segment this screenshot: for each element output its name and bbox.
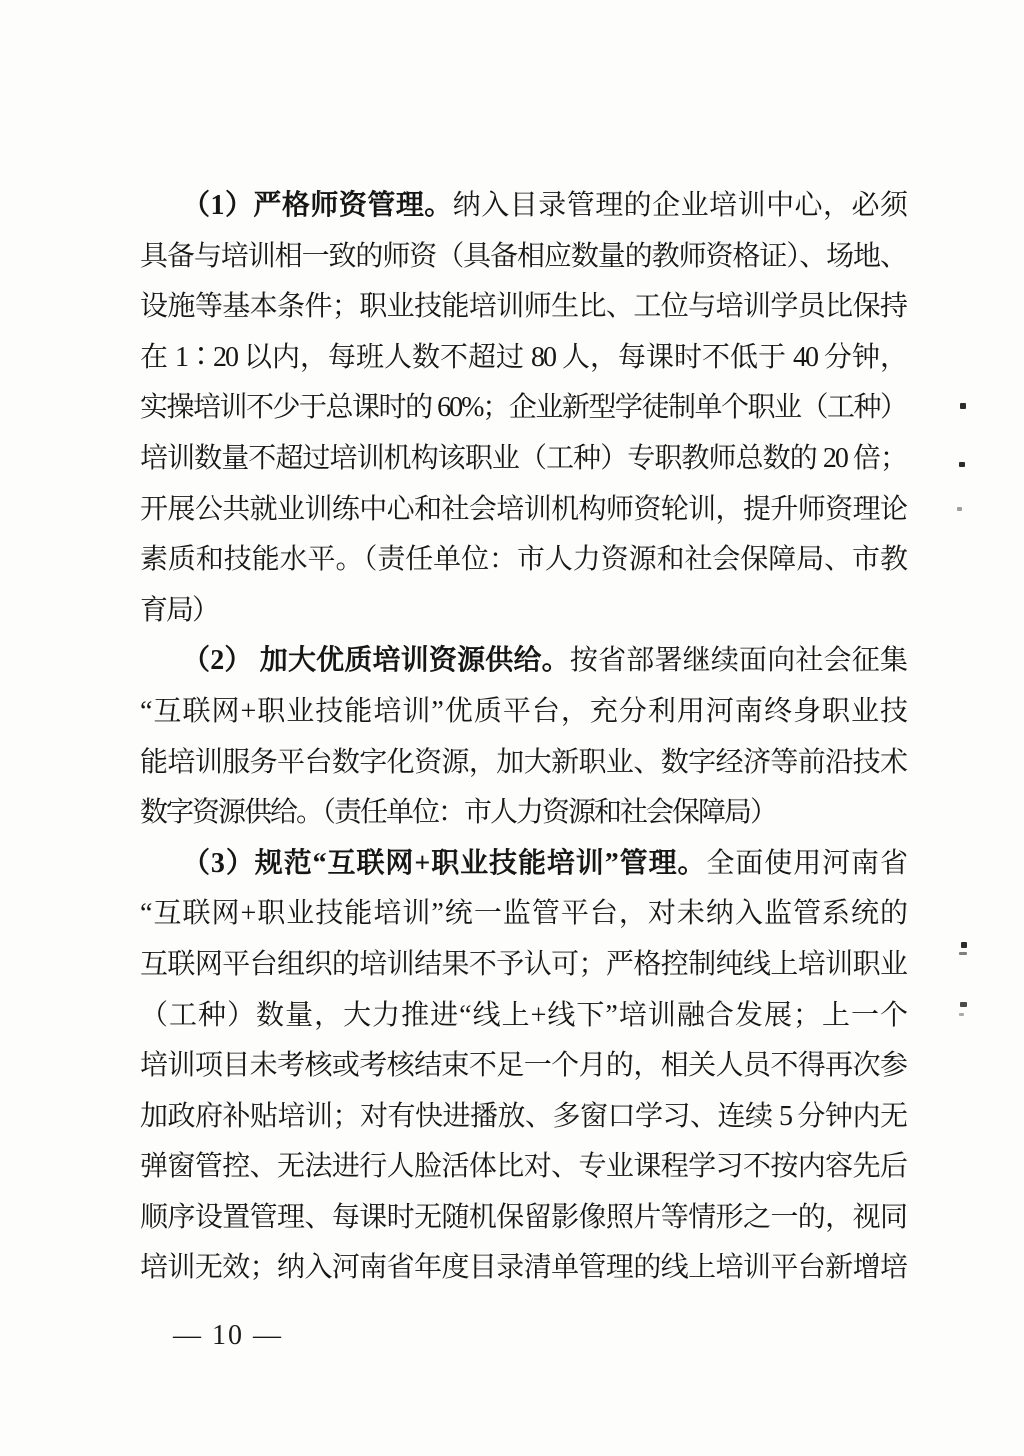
text-line: 具备与培训相一致的师资（具备相应数量的教师资格证）、场地、 (140, 232, 906, 283)
text-line: 实操培训不少于总课时的 60%；企业新型学徒制单个职业（工种） (140, 383, 906, 434)
text-line: 育局） (140, 586, 906, 637)
body-text: 素质和技能水平。（责任单位：市人力资源和社会保障局、市教 (140, 544, 906, 575)
body-text: “互联网+职业技能培训”优质平台，充分利用河南终身职业技 (140, 696, 906, 727)
text-line: “互联网+职业技能培训”统一监管平台，对未纳入监管系统的 (140, 889, 906, 940)
document-body: （1）严格师资管理。纳入目录管理的企业培训中心，必须具备与培训相一致的师资（具备… (140, 181, 906, 1294)
text-line: 加政府补贴培训；对有快进播放、多窗口学习、连续 5 分钟内无 (140, 1092, 906, 1143)
text-line: 培训项目未考核或考核结束不足一个月的，相关人员不得再次参 (140, 1041, 906, 1092)
body-text: 育局） (140, 595, 218, 626)
body-text: 开展公共就业训练中心和社会培训机构师资轮训，提升师资理论 (140, 494, 906, 525)
page-number: — 10 — (173, 1320, 283, 1352)
scan-speck (960, 403, 966, 409)
text-line: （1）严格师资管理。纳入目录管理的企业培训中心，必须 (140, 181, 906, 232)
scanned-document-page: （1）严格师资管理。纳入目录管理的企业培训中心，必须具备与培训相一致的师资（具备… (0, 0, 1024, 1456)
text-line: 素质和技能水平。（责任单位：市人力资源和社会保障局、市教 (140, 535, 906, 586)
scan-speck (959, 952, 967, 955)
scan-speck (960, 1002, 967, 1007)
text-line: 弹窗管控、无法进行人脸活体比对、专业课程学习不按内容先后 (140, 1142, 906, 1193)
heading-text: （1）严格师资管理。 (182, 190, 453, 221)
body-text: 弹窗管控、无法进行人脸活体比对、专业课程学习不按内容先后 (140, 1151, 906, 1182)
text-line: 能培训服务平台数字化资源，加大新职业、数字经济等前沿技术 (140, 738, 906, 789)
text-line: （工种）数量，大力推进“线上+线下”培训融合发展；上一个 (140, 991, 906, 1042)
text-line: 在 1∶20 以内，每班人数不超过 80 人，每课时不低于 40 分钟， (140, 333, 906, 384)
text-line: 设施等基本条件；职业技能培训师生比、工位与培训学员比保持 (140, 282, 906, 333)
heading-text: （3）规范“互联网+职业技能培训”管理。 (182, 848, 706, 879)
scan-speck (961, 942, 967, 948)
text-line: 开展公共就业训练中心和社会培训机构师资轮训，提升师资理论 (140, 485, 906, 536)
scan-speck (957, 507, 962, 511)
body-text: 在 1∶20 以内，每班人数不超过 80 人，每课时不低于 40 分钟， (140, 342, 906, 373)
scan-speck (959, 1013, 964, 1016)
text-line: “互联网+职业技能培训”优质平台，充分利用河南终身职业技 (140, 687, 906, 738)
body-text: （工种）数量，大力推进“线上+线下”培训融合发展；上一个 (140, 1000, 906, 1031)
scan-speck (959, 462, 965, 467)
text-line: 培训无效；纳入河南省年度目录清单管理的线上培训平台新增培 (140, 1243, 906, 1294)
body-text: 纳入目录管理的企业培训中心，必须 (453, 190, 906, 221)
body-text: 顺序设置管理、每课时无随机保留影像照片等情形之一的，视同 (140, 1202, 906, 1233)
body-text: 按省部署继续面向社会征集 (570, 645, 906, 676)
text-line: 顺序设置管理、每课时无随机保留影像照片等情形之一的，视同 (140, 1193, 906, 1244)
body-text: 具备与培训相一致的师资（具备相应数量的教师资格证）、场地、 (140, 241, 906, 272)
body-text: 培训数量不超过培训机构该职业（工种）专职教师总数的 20 倍； (140, 443, 906, 474)
body-text: 能培训服务平台数字化资源，加大新职业、数字经济等前沿技术 (140, 747, 906, 778)
text-line: 互联网平台组织的培训结果不予认可；严格控制纯线上培训职业 (140, 940, 906, 991)
body-text: “互联网+职业技能培训”统一监管平台，对未纳入监管系统的 (140, 898, 906, 929)
body-text: 培训项目未考核或考核结束不足一个月的，相关人员不得再次参 (140, 1050, 906, 1081)
text-line: 数字资源供给。（责任单位：市人力资源和社会保障局） (140, 788, 906, 839)
heading-text: （2） 加大优质培训资源供给。 (182, 645, 570, 676)
body-text: 设施等基本条件；职业技能培训师生比、工位与培训学员比保持 (140, 291, 906, 322)
text-line: 培训数量不超过培训机构该职业（工种）专职教师总数的 20 倍； (140, 434, 906, 485)
text-line: （2） 加大优质培训资源供给。按省部署继续面向社会征集 (140, 636, 906, 687)
text-line: （3）规范“互联网+职业技能培训”管理。全面使用河南省 (140, 839, 906, 890)
body-text: 培训无效；纳入河南省年度目录清单管理的线上培训平台新增培 (140, 1252, 906, 1283)
body-text: 数字资源供给。（责任单位：市人力资源和社会保障局） (140, 797, 776, 828)
body-text: 加政府补贴培训；对有快进播放、多窗口学习、连续 5 分钟内无 (140, 1101, 906, 1132)
body-text: 实操培训不少于总课时的 60%；企业新型学徒制单个职业（工种） (140, 392, 906, 423)
body-text: 互联网平台组织的培训结果不予认可；严格控制纯线上培训职业 (140, 949, 906, 980)
body-text: 全面使用河南省 (706, 848, 906, 879)
